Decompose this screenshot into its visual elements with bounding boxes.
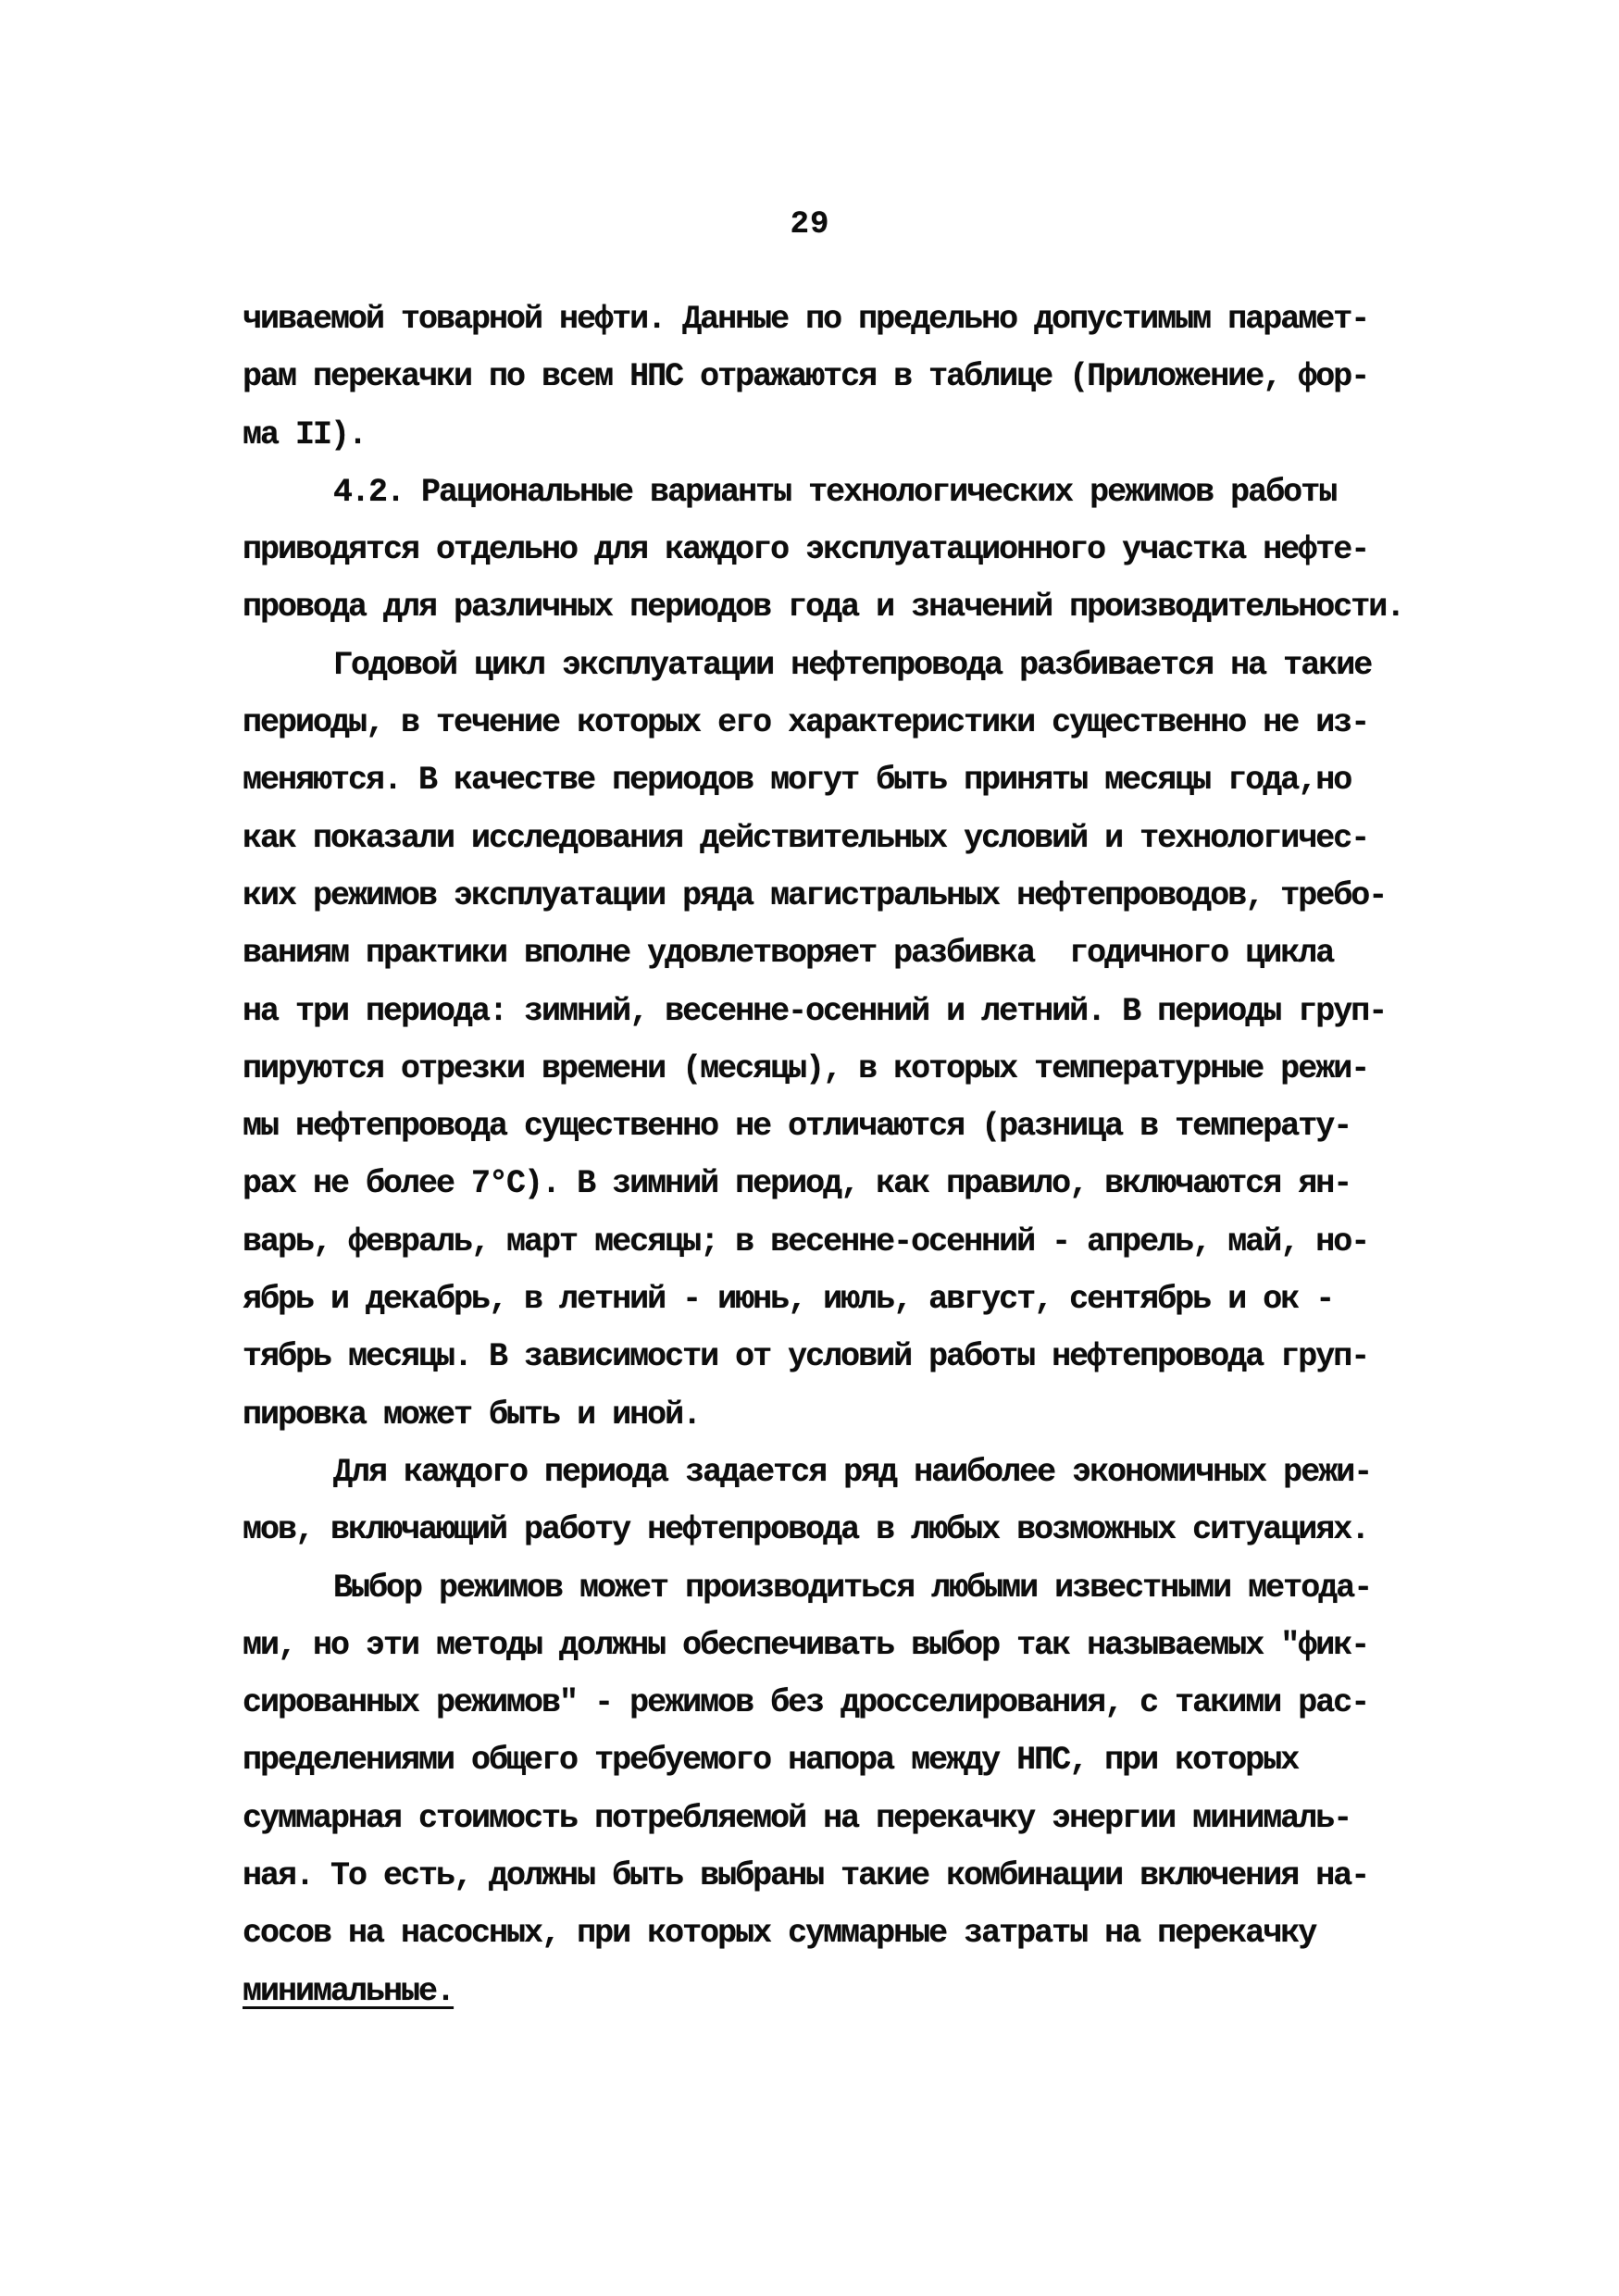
text-line: периоды, в течение которых его характери… xyxy=(243,694,1464,751)
text-line: ми, но эти методы должны обеспечивать вы… xyxy=(243,1617,1464,1674)
text-line: чиваемой товарной нефти. Данные по преде… xyxy=(243,291,1464,348)
text-line: рам перекачки по всем НПС отражаются в т… xyxy=(243,348,1464,405)
text-line: мов, включающий работу нефтепровода в лю… xyxy=(243,1501,1464,1558)
text-line: пировка может быть и иной. xyxy=(243,1386,1464,1444)
text-line: Для каждого периода задается ряд наиболе… xyxy=(243,1444,1464,1501)
text-line: Выбор режимов может производиться любыми… xyxy=(243,1559,1464,1617)
text-line: тябрь месяцы. В зависимости от условий р… xyxy=(243,1328,1464,1385)
text-line: ная. То есть, должны быть выбраны такие … xyxy=(243,1847,1464,1905)
text-line: минимальные. xyxy=(243,1963,1464,2020)
text-line: ких режимов эксплуатации ряда магистраль… xyxy=(243,867,1464,925)
text-line: ваниям практики вполне удовлетворяет раз… xyxy=(243,925,1464,982)
document-page: 29 чиваемой товарной нефти. Данные по пр… xyxy=(0,0,1619,2296)
text-line: пируются отрезки времени (месяцы), в кот… xyxy=(243,1040,1464,1098)
text-line: Годовой цикл эксплуатации нефтепровода р… xyxy=(243,637,1464,694)
text-line: ма II). xyxy=(243,406,1464,464)
text-line: пределениями общего требуемого напора ме… xyxy=(243,1731,1464,1789)
text-line: 4.2. Рациональные варианты технологическ… xyxy=(243,464,1464,521)
text-line: на три периода: зимний, весенне-осенний … xyxy=(243,983,1464,1040)
text-line: варь, февраль, март месяцы; в весенне-ос… xyxy=(243,1213,1464,1271)
text-line: мы нефтепровода существенно не отличаютс… xyxy=(243,1098,1464,1155)
text-line: сосов на насосных, при которых суммарные… xyxy=(243,1905,1464,1962)
text-line: провода для различных периодов года и зн… xyxy=(243,578,1464,636)
text-line: приводятся отдельно для каждого эксплуат… xyxy=(243,521,1464,578)
text-line: ябрь и декабрь, в летний - июнь, июль, а… xyxy=(243,1271,1464,1328)
body-text: чиваемой товарной нефти. Данные по преде… xyxy=(243,291,1464,2020)
text-line: меняются. В качестве периодов могут быть… xyxy=(243,751,1464,809)
text-line: сированных режимов" - режимов без дроссе… xyxy=(243,1674,1464,1731)
text-line: рах не более 7°С). В зимний период, как … xyxy=(243,1155,1464,1212)
text-line: суммарная стоимость потребляемой на пере… xyxy=(243,1790,1464,1847)
text-line: как показали исследования действительных… xyxy=(243,810,1464,867)
page-number: 29 xyxy=(243,207,1377,242)
